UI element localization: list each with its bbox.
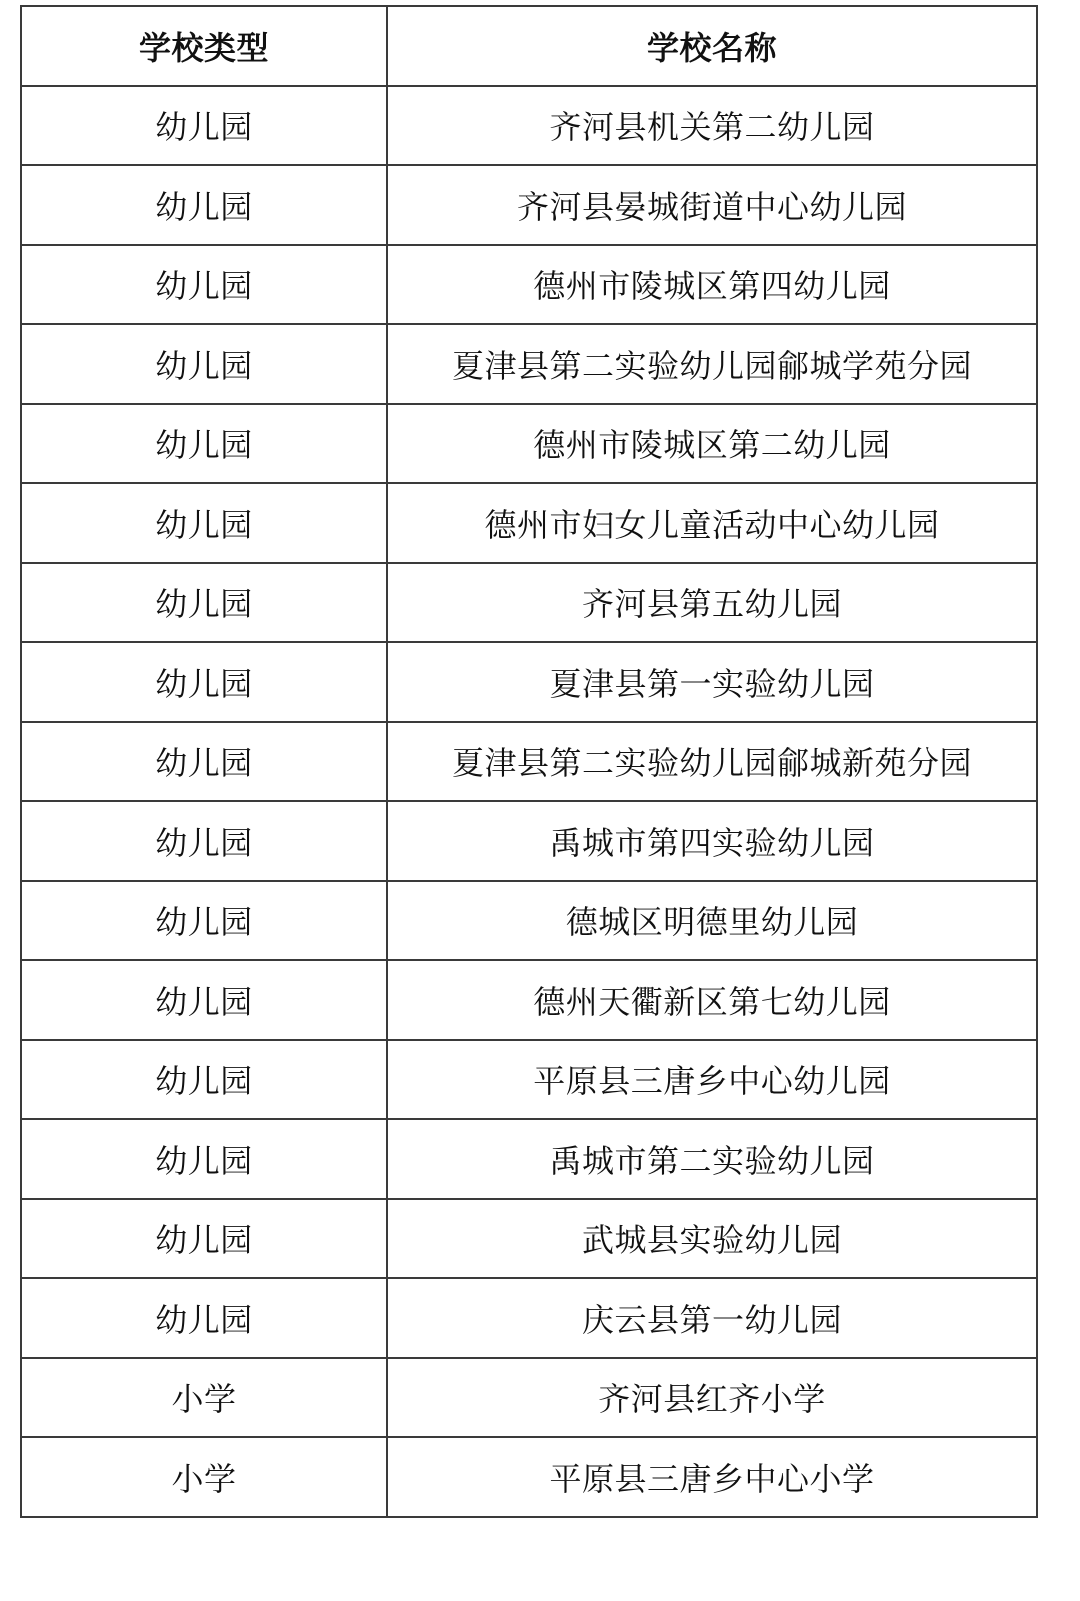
cell-school-name: 平原县三唐乡中心幼儿园 bbox=[387, 1040, 1037, 1120]
cell-school-name: 齐河县红齐小学 bbox=[387, 1358, 1037, 1438]
cell-school-name: 齐河县第五幼儿园 bbox=[387, 563, 1037, 643]
cell-school-type: 幼儿园 bbox=[21, 642, 387, 722]
table-row: 幼儿园 平原县三唐乡中心幼儿园 bbox=[21, 1040, 1037, 1120]
cell-school-name: 齐河县晏城街道中心幼儿园 bbox=[387, 165, 1037, 245]
cell-school-name: 德州市妇女儿童活动中心幼儿园 bbox=[387, 483, 1037, 563]
cell-school-type: 幼儿园 bbox=[21, 86, 387, 166]
cell-school-name: 德州市陵城区第四幼儿园 bbox=[387, 245, 1037, 325]
cell-school-name: 夏津县第二实验幼儿园鄃城学苑分园 bbox=[387, 324, 1037, 404]
cell-school-type: 幼儿园 bbox=[21, 881, 387, 961]
table-row: 幼儿园 德城区明德里幼儿园 bbox=[21, 881, 1037, 961]
cell-school-name: 德城区明德里幼儿园 bbox=[387, 881, 1037, 961]
cell-school-name: 德州天衢新区第七幼儿园 bbox=[387, 960, 1037, 1040]
table-row: 幼儿园 禹城市第四实验幼儿园 bbox=[21, 801, 1037, 881]
table-row: 小学 平原县三唐乡中心小学 bbox=[21, 1437, 1037, 1517]
table-row: 幼儿园 夏津县第一实验幼儿园 bbox=[21, 642, 1037, 722]
cell-school-type: 幼儿园 bbox=[21, 324, 387, 404]
cell-school-name: 禹城市第四实验幼儿园 bbox=[387, 801, 1037, 881]
cell-school-type: 小学 bbox=[21, 1358, 387, 1438]
document-page: 学校类型 学校名称 幼儿园 齐河县机关第二幼儿园 幼儿园 齐河县晏城街道中心幼儿… bbox=[0, 0, 1080, 1601]
table-row: 幼儿园 夏津县第二实验幼儿园鄃城新苑分园 bbox=[21, 722, 1037, 802]
cell-school-type: 幼儿园 bbox=[21, 563, 387, 643]
cell-school-name: 德州市陵城区第二幼儿园 bbox=[387, 404, 1037, 484]
cell-school-type: 幼儿园 bbox=[21, 245, 387, 325]
cell-school-name: 武城县实验幼儿园 bbox=[387, 1199, 1037, 1279]
table-row: 幼儿园 齐河县第五幼儿园 bbox=[21, 563, 1037, 643]
table-row: 幼儿园 德州天衢新区第七幼儿园 bbox=[21, 960, 1037, 1040]
table-row: 幼儿园 德州市陵城区第四幼儿园 bbox=[21, 245, 1037, 325]
table-row: 幼儿园 德州市妇女儿童活动中心幼儿园 bbox=[21, 483, 1037, 563]
cell-school-type: 幼儿园 bbox=[21, 1278, 387, 1358]
cell-school-type: 幼儿园 bbox=[21, 722, 387, 802]
table-row: 幼儿园 夏津县第二实验幼儿园鄃城学苑分园 bbox=[21, 324, 1037, 404]
header-school-name: 学校名称 bbox=[387, 6, 1037, 86]
table-row: 幼儿园 禹城市第二实验幼儿园 bbox=[21, 1119, 1037, 1199]
cell-school-name: 夏津县第一实验幼儿园 bbox=[387, 642, 1037, 722]
header-row: 学校类型 学校名称 bbox=[21, 6, 1037, 86]
table-row: 幼儿园 德州市陵城区第二幼儿园 bbox=[21, 404, 1037, 484]
table-row: 幼儿园 庆云县第一幼儿园 bbox=[21, 1278, 1037, 1358]
cell-school-type: 幼儿园 bbox=[21, 1040, 387, 1120]
table-row: 幼儿园 武城县实验幼儿园 bbox=[21, 1199, 1037, 1279]
cell-school-type: 幼儿园 bbox=[21, 801, 387, 881]
header-school-type: 学校类型 bbox=[21, 6, 387, 86]
cell-school-type: 幼儿园 bbox=[21, 165, 387, 245]
cell-school-name: 齐河县机关第二幼儿园 bbox=[387, 86, 1037, 166]
table-row: 幼儿园 齐河县晏城街道中心幼儿园 bbox=[21, 165, 1037, 245]
table-row: 幼儿园 齐河县机关第二幼儿园 bbox=[21, 86, 1037, 166]
cell-school-type: 幼儿园 bbox=[21, 483, 387, 563]
school-list-table: 学校类型 学校名称 幼儿园 齐河县机关第二幼儿园 幼儿园 齐河县晏城街道中心幼儿… bbox=[20, 5, 1038, 1518]
table-header: 学校类型 学校名称 bbox=[21, 6, 1037, 86]
cell-school-name: 平原县三唐乡中心小学 bbox=[387, 1437, 1037, 1517]
cell-school-type: 幼儿园 bbox=[21, 404, 387, 484]
cell-school-type: 幼儿园 bbox=[21, 1119, 387, 1199]
table-body: 幼儿园 齐河县机关第二幼儿园 幼儿园 齐河县晏城街道中心幼儿园 幼儿园 德州市陵… bbox=[21, 86, 1037, 1517]
cell-school-name: 夏津县第二实验幼儿园鄃城新苑分园 bbox=[387, 722, 1037, 802]
cell-school-type: 幼儿园 bbox=[21, 960, 387, 1040]
cell-school-type: 小学 bbox=[21, 1437, 387, 1517]
table-row: 小学 齐河县红齐小学 bbox=[21, 1358, 1037, 1438]
cell-school-type: 幼儿园 bbox=[21, 1199, 387, 1279]
cell-school-name: 禹城市第二实验幼儿园 bbox=[387, 1119, 1037, 1199]
cell-school-name: 庆云县第一幼儿园 bbox=[387, 1278, 1037, 1358]
